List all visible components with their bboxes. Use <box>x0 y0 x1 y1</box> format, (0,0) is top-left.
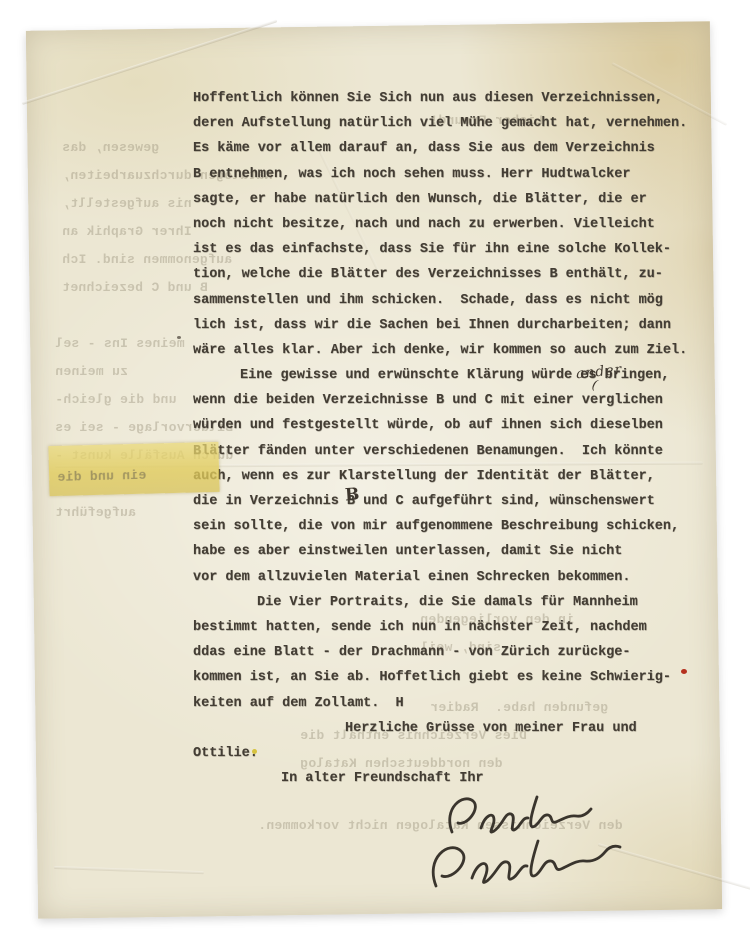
bleedthrough-line: gewesen, das <box>62 140 159 155</box>
letter-line: sein sollte, die von mir aufgenommene Be… <box>193 514 718 539</box>
letter-line: vor dem allzuvielen Material einen Schre… <box>193 565 718 590</box>
handwritten-correction-b: B <box>344 485 360 506</box>
letter-line: würden und festgestellt würde, ob auf ih… <box>193 413 718 438</box>
letter-line: habe es aber einstweilen unterlassen, da… <box>193 539 718 564</box>
bleedthrough-line: zu meinen <box>55 364 128 379</box>
letter-line: wenn die beiden Verzeichnisse B und C mi… <box>193 388 718 413</box>
letter-line: deren Aufstellung natürlich viel Mühe ge… <box>193 111 718 136</box>
letter-line: B entnehmen, was ich noch sehen muss. He… <box>193 162 718 187</box>
letter-line: keiten auf dem Zollamt. H <box>193 691 718 716</box>
letter-line: Blätter fänden unter verschiedenen Benam… <box>193 439 718 464</box>
letter-line: Die Vier Portraits, die Sie damals für M… <box>193 590 718 615</box>
letter-line: die in Verzeichnis B und C aufgeführt si… <box>193 489 718 514</box>
bleedthrough-line: nis aufgestellt, <box>62 196 192 211</box>
bleedthrough-line: aufgeführt <box>55 505 136 520</box>
bleedthrough-line: B und C bezeichnet <box>62 280 208 295</box>
letter-line: bestimmt hatten, sende ich nun in nächst… <box>193 615 718 640</box>
bleedthrough-line: Ihrer Graphik an <box>62 224 192 239</box>
letter-line: In alter Freundschaft Ihr <box>193 766 718 791</box>
letter-line: tion, welche die Blätter des Verzeichnis… <box>193 262 718 287</box>
tape-bleedthrough-text: ein und die <box>57 468 146 485</box>
signature-stroke <box>433 841 620 886</box>
letter-line: sammenstellen und ihm schicken. Schade, … <box>193 288 718 313</box>
letter-line: ist es das einfachste, dass Sie für ihn … <box>193 237 718 262</box>
tape-repair: ein und die <box>48 442 219 496</box>
letter-line: wäre alles klar. Aber ich denke, wir kom… <box>193 338 718 363</box>
signature-schiefler <box>406 792 642 896</box>
letter-line: sagte, er habe natürlich den Wunsch, die… <box>193 187 718 212</box>
yellow-stain-dot <box>252 749 257 754</box>
letter-line: lich ist, dass wir die Sachen bei Ihnen … <box>193 313 718 338</box>
letter-line: kommen ist, an Sie ab. Hoffetlich giebt … <box>193 665 718 690</box>
bleedthrough-line: und die gleich- <box>55 392 177 407</box>
bleedthrough-line: meines Ins - sel <box>55 336 185 351</box>
letter-line: Herzliche Grüsse von meiner Frau und <box>193 716 718 741</box>
red-ink-dot <box>681 669 687 674</box>
letter-body: Hoffentlich können Sie Sich nun aus dies… <box>193 86 718 791</box>
letter-line: Hoffentlich können Sie Sich nun aus dies… <box>193 86 718 111</box>
letter-line: Eine gewisse und erwünschte Klärung würd… <box>193 363 718 388</box>
letter-line: Es käme vor allem darauf an, dass Sie au… <box>193 136 718 161</box>
letter-line: ddas eine Blatt - der Drachmann - von Zü… <box>193 640 718 665</box>
letter-line: Ottilie. <box>193 741 718 766</box>
letter-line: auch, wenn es zur Klarstellung der Ident… <box>193 464 718 489</box>
signature-stroke <box>450 797 591 832</box>
scanned-letter-photo: Lieber Freund!gewesen, dasKatalogen durc… <box>0 0 750 950</box>
letter-line: noch nicht besitze, nach und nach zu erw… <box>193 212 718 237</box>
ink-speck <box>177 336 181 339</box>
